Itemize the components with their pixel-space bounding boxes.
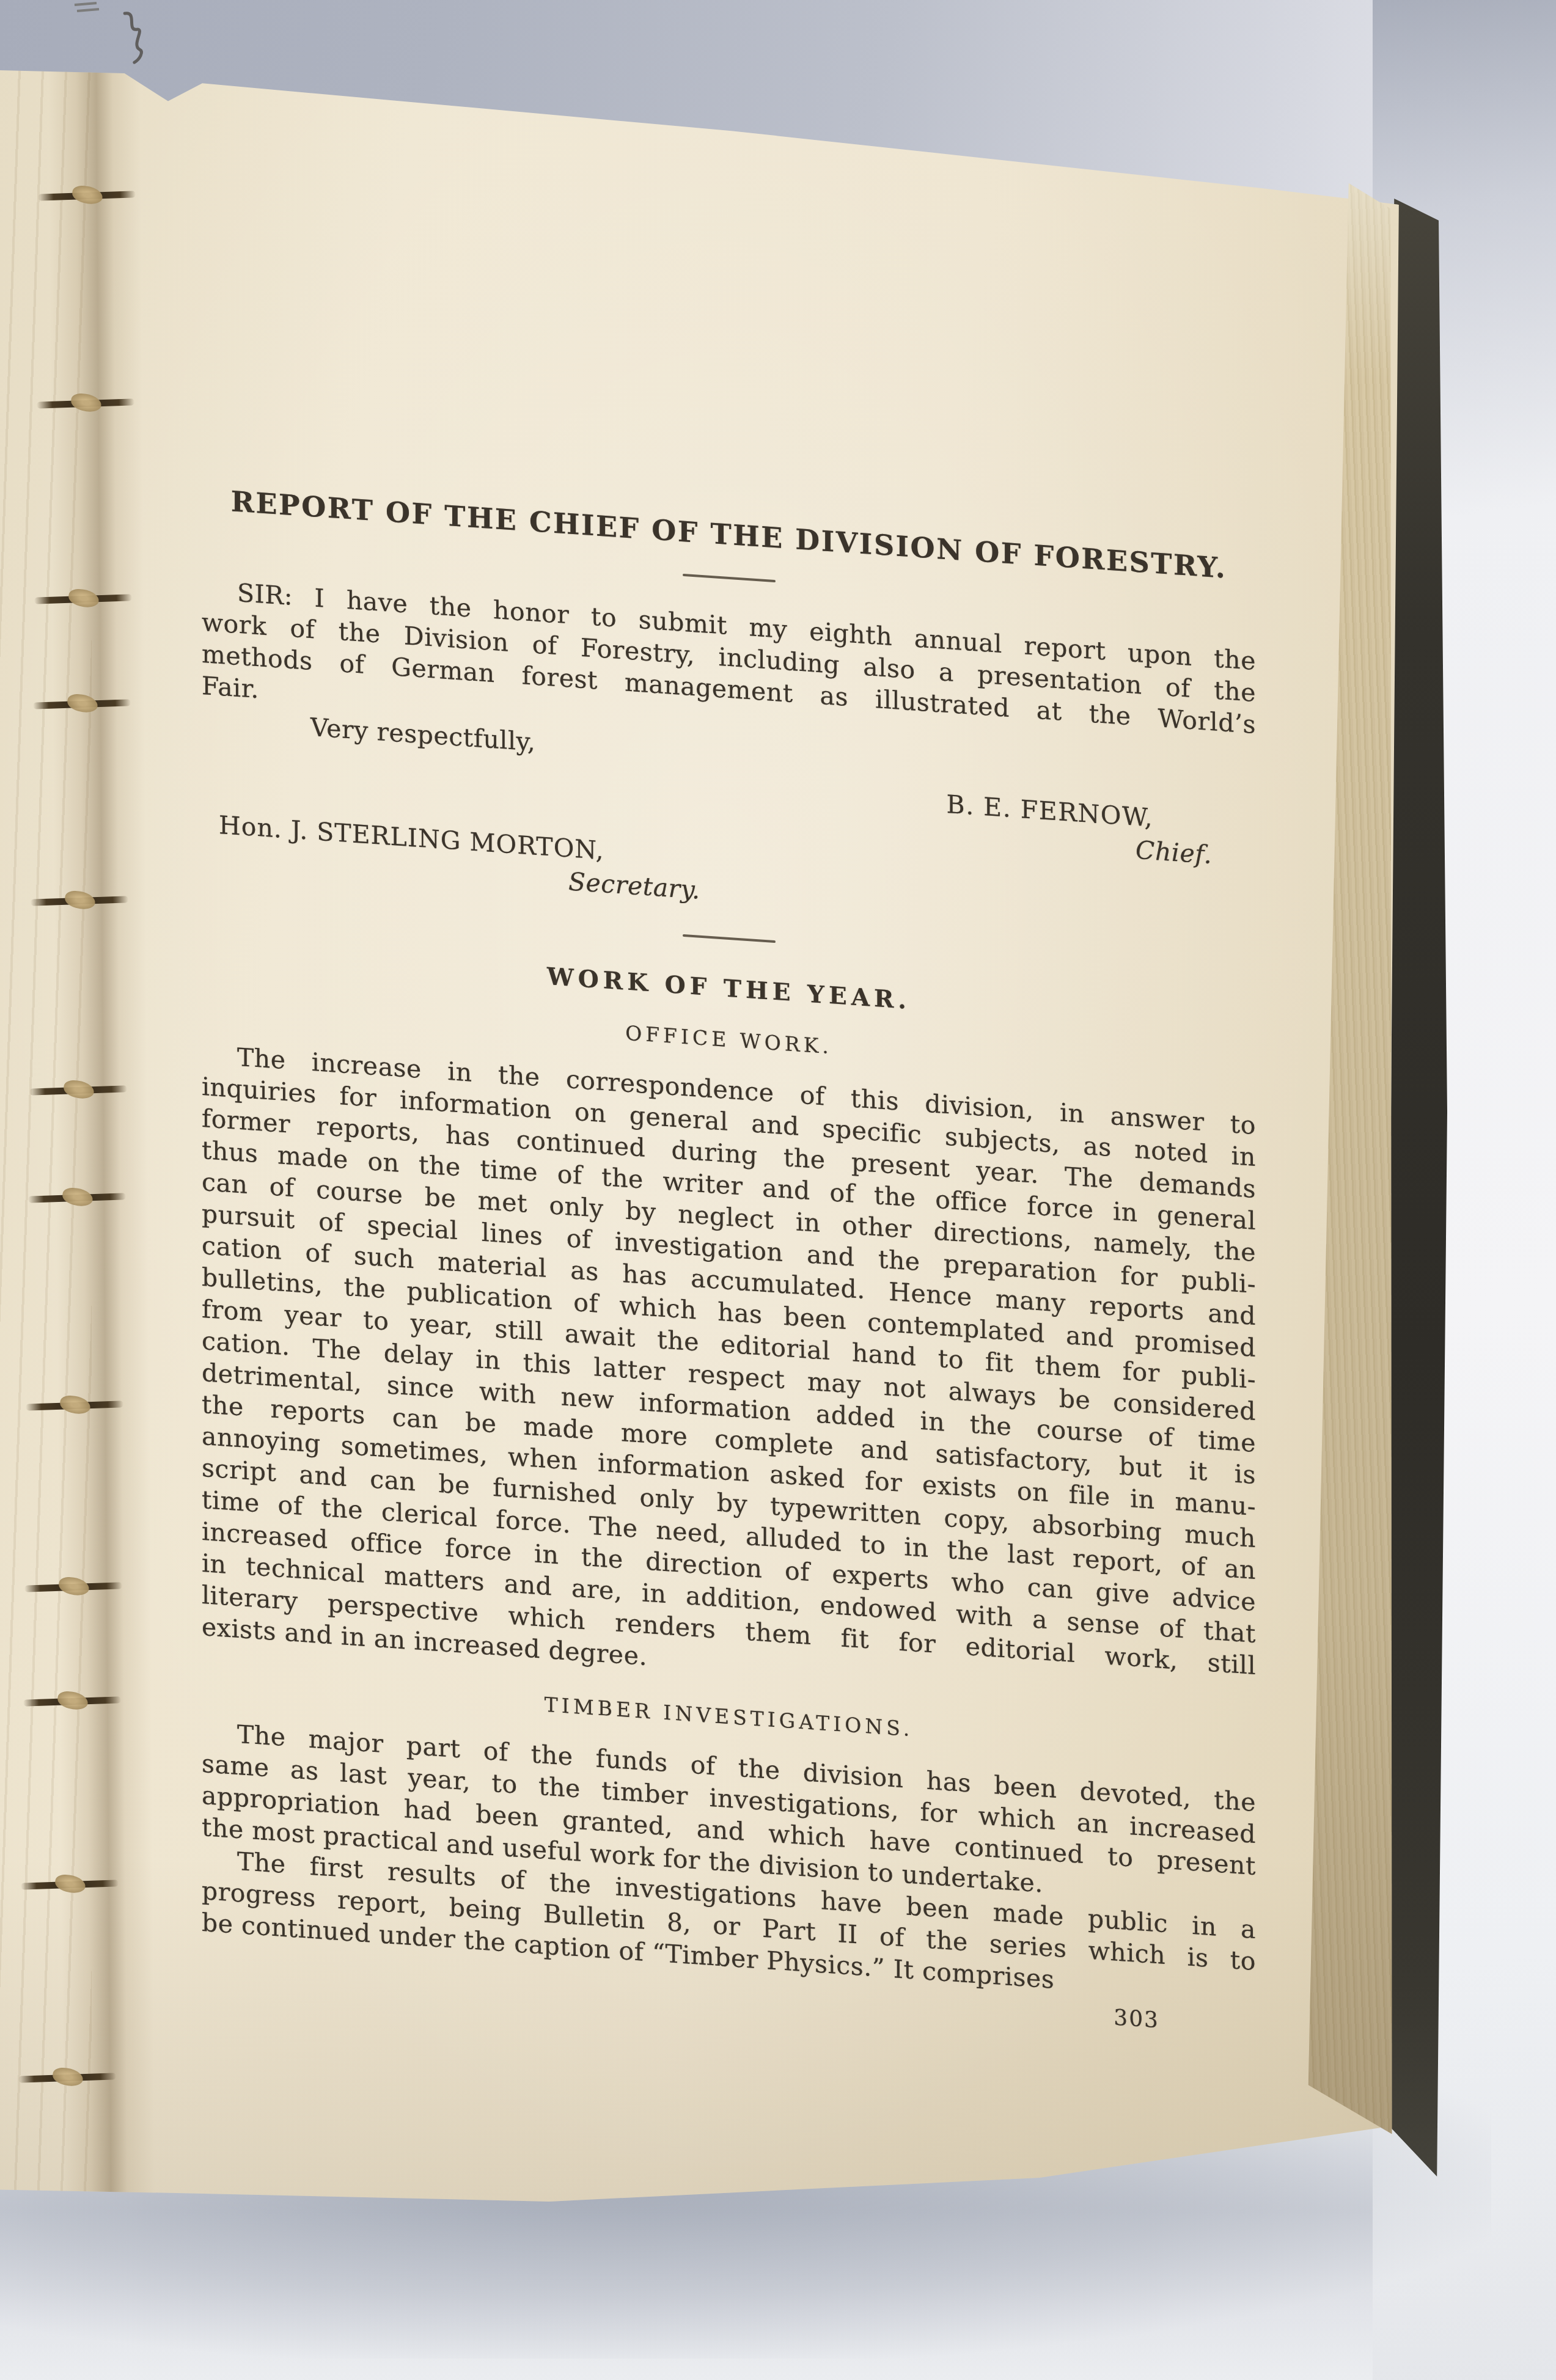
office-work-paragraph: The increase in the correspondence of th… bbox=[202, 1039, 1256, 1713]
corner-pen-marks bbox=[72, 1, 109, 17]
section-rule bbox=[683, 934, 776, 943]
book-photo: REPORT OF THE CHIEF OF THE DIVISION OF F… bbox=[0, 0, 1556, 2380]
binding-stitch bbox=[26, 1398, 123, 1413]
binding-stitch bbox=[28, 1190, 126, 1205]
report-title: REPORT OF THE CHIEF OF THE DIVISION OF F… bbox=[202, 481, 1256, 588]
page-text: REPORT OF THE CHIEF OF THE DIVISION OF F… bbox=[202, 481, 1256, 2041]
binding-stitch bbox=[34, 591, 132, 606]
binding-stitch bbox=[38, 188, 136, 203]
binding-stitch bbox=[18, 2070, 116, 2085]
binding-stitch bbox=[21, 1877, 119, 1892]
binding-stitch bbox=[31, 893, 128, 908]
binding-stitch bbox=[37, 396, 134, 411]
title-rule bbox=[683, 574, 776, 582]
binding-stitch bbox=[33, 697, 131, 711]
binding-stitch bbox=[23, 1694, 121, 1708]
binding-stitch bbox=[29, 1083, 127, 1097]
ink-squiggle-mark bbox=[111, 9, 159, 68]
binding-stitch bbox=[24, 1580, 122, 1594]
